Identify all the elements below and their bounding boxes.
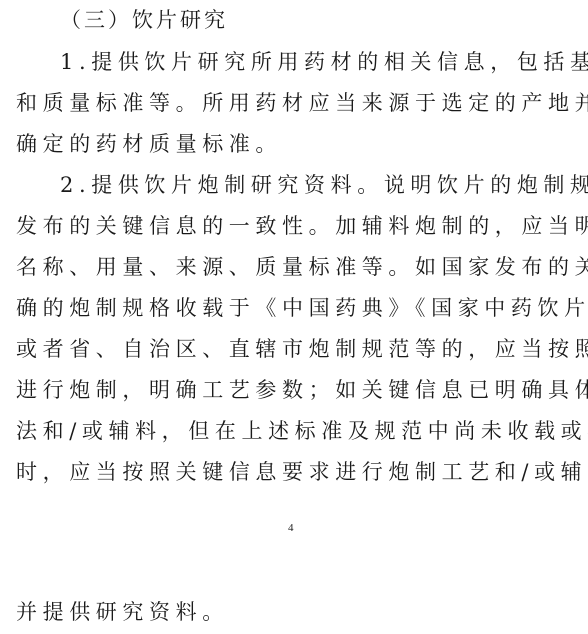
paragraph-2-line-6: 进行炮制，明确工艺参数；如关键信息已明确具体的炮制方 — [16, 376, 588, 404]
paragraph-2-line-3: 名称、用量、来源、质量标准等。如国家发布的关键信息明 — [16, 253, 588, 281]
continuation-line: 并提供研究资料。 — [16, 598, 229, 626]
paragraph-2-line-1: 2.提供饮片炮制研究资料。说明饮片的炮制规格与国家 — [60, 171, 588, 199]
paragraph-2-line-2: 发布的关键信息的一致性。加辅料炮制的，应当明确辅料的 — [16, 212, 588, 240]
paragraph-2-line-4: 确的炮制规格收载于《中国药典》《国家中药饮片炮制规范》 — [16, 294, 588, 322]
paragraph-2-line-7: 法和/或辅料，但在上述标准及规范中尚未收载或者存在差异 — [16, 417, 588, 445]
paragraph-1-line-3: 确定的药材质量标准。 — [16, 130, 282, 158]
paragraph-1-line-1: 1.提供饮片研究所用药材的相关信息，包括基原、产地 — [60, 48, 588, 76]
section-heading: （三）饮片研究 — [60, 6, 228, 34]
page-number: 4 — [288, 522, 294, 534]
document-page: （三）饮片研究 1.提供饮片研究所用药材的相关信息，包括基原、产地 和质量标准等… — [0, 0, 588, 634]
paragraph-2-line-8: 时，应当按照关键信息要求进行炮制工艺和/或辅料的研究， — [16, 458, 588, 486]
paragraph-2-line-5: 或者省、自治区、直辖市炮制规范等的，应当按照相关规定 — [16, 335, 588, 363]
paragraph-1-line-2: 和质量标准等。所用药材应当来源于选定的产地并符合研究 — [16, 89, 588, 117]
